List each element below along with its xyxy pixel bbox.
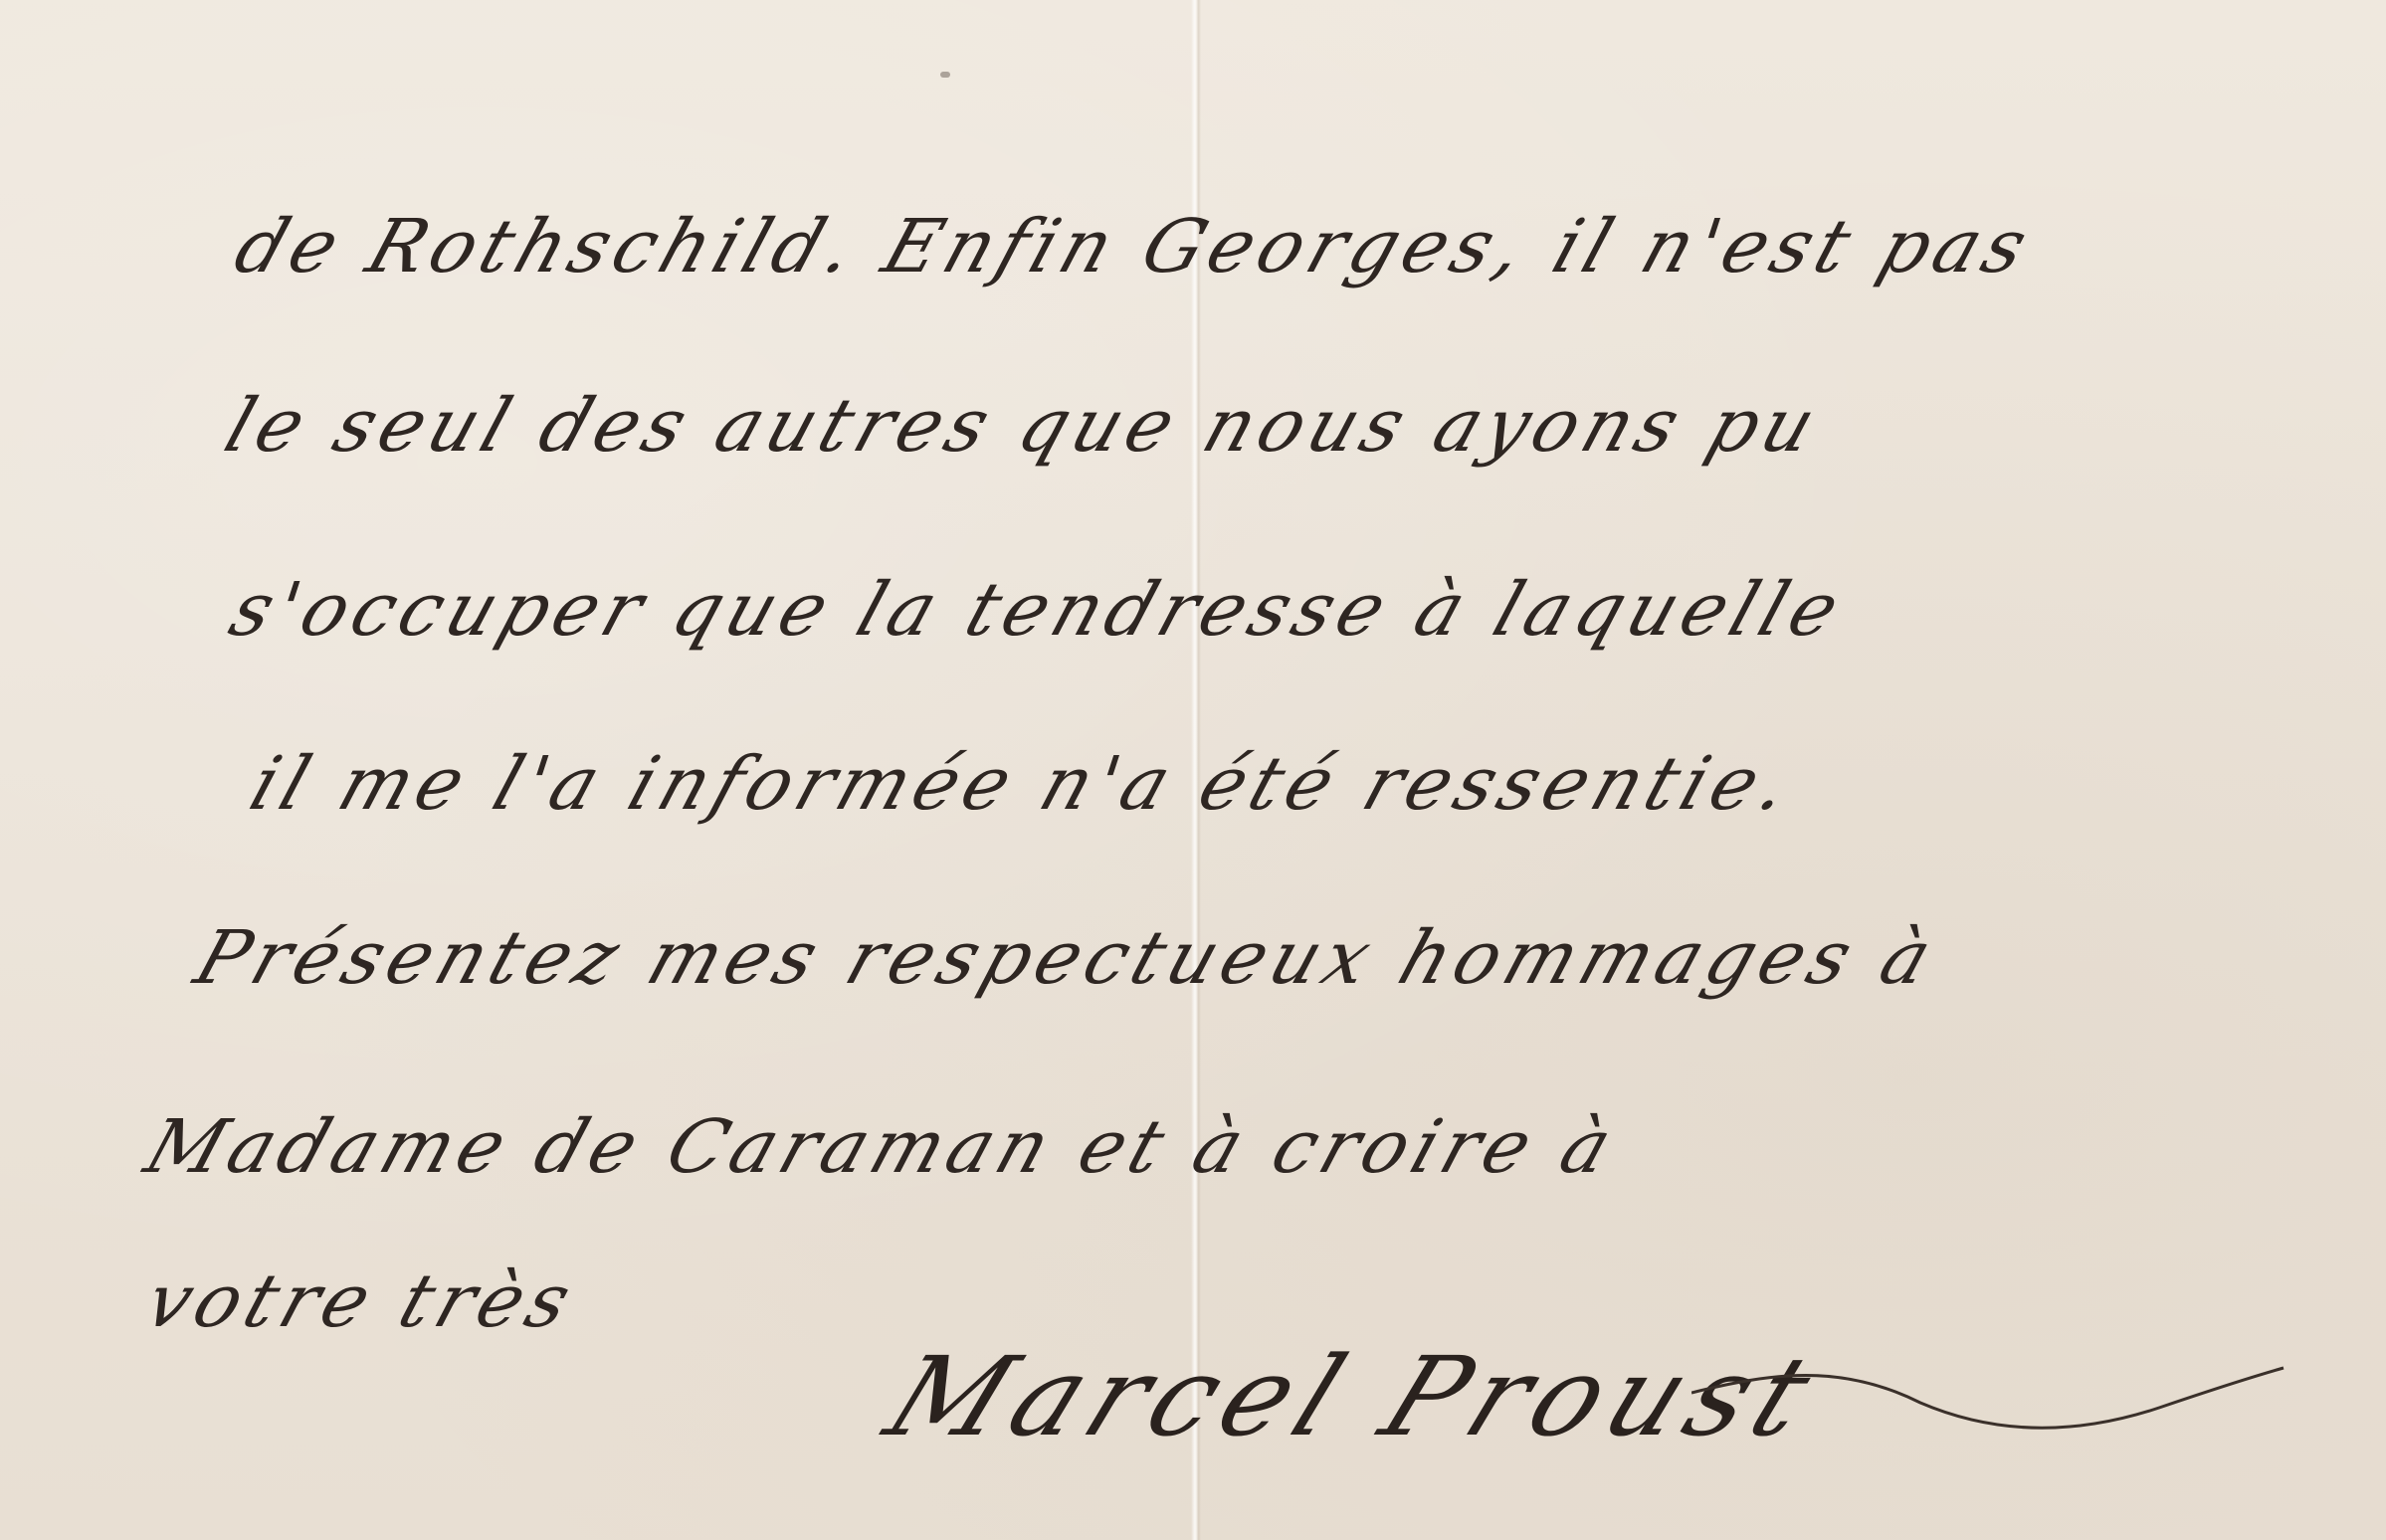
letter-line-2: le seul des autres que nous ayons pu — [215, 383, 1832, 469]
ink-speck — [940, 72, 950, 78]
letter-line-6: Madame de Caraman et à croire à — [135, 1104, 1628, 1190]
letter-line-5: Présentez mes respectueux hommages à — [185, 915, 1947, 1001]
signature-flourish — [1691, 1333, 2288, 1452]
letter-line-3: s'occuper que la tendresse à laquelle — [220, 567, 1855, 653]
letter-line-4: il me l'a informée n'a été ressentie. — [240, 741, 1806, 827]
letter-line-1: de Rothschild. Enfin Georges, il n'est p… — [225, 204, 2043, 289]
letter-sheet: de Rothschild. Enfin Georges, il n'est p… — [0, 0, 2386, 1540]
letter-line-7: votre très — [135, 1258, 587, 1344]
